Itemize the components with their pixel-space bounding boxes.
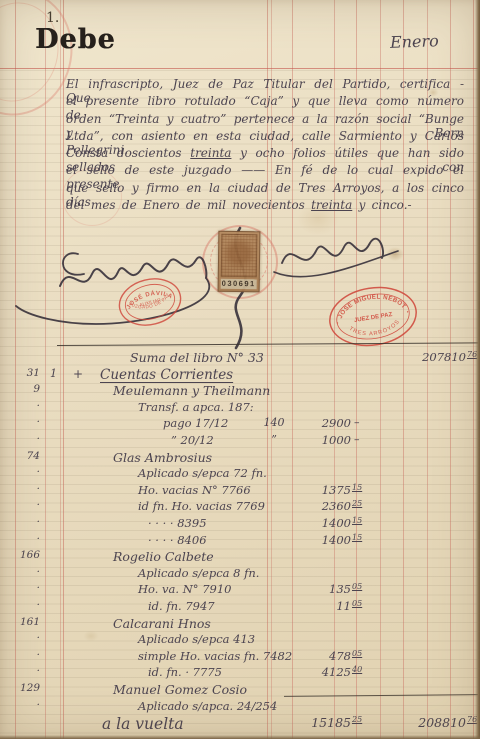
cents: 40 [352,665,362,674]
entry-text: Aplicado s/epca 413 [138,632,255,646]
certification-segment: el sello de este juzgado [66,163,241,177]
entry-text: Aplicado s/apca. 24/254 [138,699,277,713]
fiscal-stamp: 030691 [218,231,261,293]
entry-text: · · · · 8395 [148,516,207,530]
ledger-row: ·id fn. Ho. vacias 7769236025 [0,499,480,515]
cents: 05 [352,599,362,608]
entry-text: id. fn. 7947 [148,599,215,613]
folio-ref: · [14,533,40,545]
cents: – [354,416,360,429]
ledger-row: ·simple Ho. vacias fn. 748247805 [0,649,480,665]
ledger-row: 9Meulemann y Theilmann [0,383,480,399]
certification-text: El infrascripto, Juez de Paz Titular del… [66,77,464,215]
entry-text: simple Ho. vacias fn. 7482 [138,649,292,663]
entry-text: id fn. Ho. vacias 7769 [138,499,265,513]
entry-text: Glas Ambrosius [113,450,212,465]
folio-ref: · [14,582,40,594]
folio-ref: · [14,400,40,412]
fiscal-stamp-art [221,234,258,277]
ledger-row: ·Aplicado s/epca 8 fn. [0,566,480,582]
entry-text: pago 17/12 [163,416,228,430]
folio-ref: 161 [14,616,40,628]
folio-ref: · [14,566,40,578]
ledger-row: ·Ho. va. N° 791013505 [0,582,480,598]
folio-ref: · [14,632,40,644]
entry-mark: + [73,367,83,381]
cents: 05 [352,582,362,591]
amount-cell: 140015 [281,516,351,530]
ledger-row: ·” 20/12”1000– [0,433,480,449]
certification-line: que sello y firmo en la ciudad de Tres A… [66,181,464,198]
cents: 15 [352,483,362,492]
entry-text: Transf. a apca. 187: [138,400,254,414]
certification-segment: treinta [190,146,231,160]
certification-line: el sello de este juzgado —— En fé de lo … [66,163,464,180]
amount-cell: 47805 [281,649,351,663]
aux-ref: 1 [50,367,57,380]
certification-line: Consta doscientos treinta y ocho folios … [66,146,464,163]
entry-text: Aplicado s/epca 8 fn. [138,566,259,580]
ledger-page: 1. Debe Enero El infrascripto, Juez de P… [0,0,480,739]
amount-cell: 236025 [281,499,351,513]
certification-segment: del mes de Enero de mil novecientos [66,198,311,212]
folio-ref: 166 [14,549,40,561]
ledger-row: a la vuelta151852520881076 [0,715,480,731]
amount-cell: 137515 [281,483,351,497]
cents: 15 [352,533,362,542]
header-rule [0,68,480,69]
amount-cell: 13505 [281,582,351,596]
entry-text: Cuentas Corrientes [100,367,233,383]
page-edge-bottom [0,735,480,739]
ledger-row: 166Rogelio Calbete [0,549,480,565]
ledger-row: 311+Cuentas Corrientes [0,367,480,383]
certification-line: orden “Treinta y cuatro” pertenece a la … [66,112,464,129]
entry-text: Manuel Gomez Cosio [113,682,247,697]
cents: – [354,433,360,446]
amount-cell: 412540 [281,665,351,679]
amount-cell: 1518525 [281,715,351,730]
ledger-entries: Suma del libro N° 3320781076311+Cuentas … [0,350,480,735]
amount-cell: 1000– [281,433,351,447]
certification-segment: —— [241,163,265,177]
debit-header: Debe [35,24,116,55]
folio-ref: · [14,433,40,445]
entry-text: Ho. va. N° 7910 [138,582,231,596]
ledger-row: ·· · · · 8395140015 [0,516,480,532]
entry-text: id. fn. · 7775 [148,665,222,679]
certification-segment: y cinco.- [352,198,411,212]
certification-line: El infrascripto, Juez de Paz Titular del… [66,77,464,94]
ledger-row: ·Aplicado s/epca 72 fn. [0,466,480,482]
signature-right [282,239,383,263]
certification-line: Ltda”, con asiento en esta ciudad, calle… [66,129,464,146]
ledger-row: ·Transf. a apca. 187: [0,400,480,416]
entry-text: · · · · 8406 [148,533,207,547]
cents: 15 [352,516,362,525]
ledger-row: ·· · · · 8406140015 [0,533,480,549]
fiscal-stamp-serial: 030691 [221,279,257,290]
entry-text: Calcarani Hnos [113,616,211,631]
cents: 25 [352,715,362,724]
entry-text: Rogelio Calbete [113,549,214,564]
entry-text: Ho. vacias N° 7766 [138,483,251,497]
folio-ref: 9 [14,383,40,395]
ledger-row: 161Calcarani Hnos [0,616,480,632]
certification-segment: Consta doscientos [66,146,190,160]
entry-text: ” 20/12 [171,433,214,447]
page-edge-right [475,0,480,739]
stamp-nebot-role: JUEZ DE PAZ [354,312,393,324]
folio-ref: · [14,665,40,677]
month-label: Enero [390,31,439,52]
ledger-row: ·Aplicado s/epca 413 [0,632,480,648]
ledger-row: ·pago 17/121402900– [0,416,480,432]
entry-text: Aplicado s/epca 72 fn. [138,466,267,480]
cents: 05 [352,649,362,658]
stamp-star-icon: • [336,320,339,326]
ledger-row: ·Aplicado s/apca. 24/254 [0,699,480,715]
folio-ref: · [14,699,40,711]
folio-ref: · [14,499,40,511]
certification-segment: treinta [311,198,352,212]
certification-line: el presente libro rotulado “Caja” y que … [66,94,464,111]
ledger-row: Suma del libro N° 3320781076 [0,350,480,366]
total-amount-cell: 20781076 [396,350,466,364]
folio-ref: 74 [14,450,40,462]
folio-ref: · [14,649,40,661]
cents: 25 [352,499,362,508]
folio-ref: · [14,483,40,495]
signature-left-flourish [63,253,84,275]
entry-text: a la vuelta [102,715,184,733]
ledger-row: ·id. fn. 79471105 [0,599,480,615]
entry-text: Suma del libro N° 33 [130,350,264,365]
folio-ref: · [14,516,40,528]
amount-cell: 1105 [281,599,351,613]
ledger-row: 74Glas Ambrosius [0,450,480,466]
folio-ref: · [14,599,40,611]
folio-ref: 129 [14,682,40,694]
ledger-row: ·Ho. vacias N° 7766137515 [0,483,480,499]
folio-ref: · [14,416,40,428]
folio-ref: 31 [14,367,40,379]
amount-cell: 140015 [281,533,351,547]
ledger-row: ·id. fn. · 7775412540 [0,665,480,681]
certification-line: del mes de Enero de mil novecientos trei… [66,198,464,215]
folio-ref: · [14,466,40,478]
amount-cell: 2900– [281,416,351,430]
entry-text: Meulemann y Theilmann [113,383,270,398]
total-amount-cell: 20881076 [396,715,466,730]
